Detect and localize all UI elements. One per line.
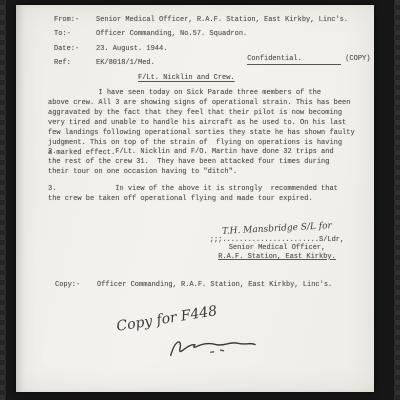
signatory-station: R.A.F. Station, East Kirkby. [202,253,352,262]
classification-text: Confidential. [247,54,341,65]
scanned-document-image: From:- Senior Medical Officer, R.A.F. St… [0,0,400,400]
copy-stamp: (COPY) [345,54,370,64]
subject-title: F/Lt. Nicklin and Crew. [138,74,235,82]
to-label: To:- [54,27,96,41]
date-label: Date:- [54,42,96,56]
date-value: 23. August. 1944. [96,42,167,56]
to-value: Officer Commanding, No.57. Squadron. [96,27,247,41]
signature-block: T.H. Mansbridge S/L for ;;;.............… [202,225,352,261]
document-page: From:- Senior Medical Officer, R.A.F. St… [16,5,374,392]
handwritten-note: Copy for F448 [115,303,218,335]
classification-stamp: Confidential.(COPY) [222,44,370,75]
copy-distribution-line: Copy:- Officer Commanding, R.A.F. Statio… [55,281,332,289]
from-label: From:- [54,13,96,27]
from-value: Senior Medical Officer, R.A.F. Station, … [96,13,348,27]
signature-dotted-line: ;;;.......................S/Ldr, [202,236,352,245]
ref-value: EK/8018/1/Med. [96,56,155,70]
signatory-role: Senior Medical Officer, [202,244,352,253]
copy-label: Copy:- [55,281,97,289]
paragraph-2: 2. F/Lt. Nicklin and F/O. Martin have do… [48,147,380,177]
ref-label: Ref: [54,56,96,70]
header-row-to: To:- Officer Commanding, No.57. Squadron… [54,27,348,41]
copy-value: Officer Commanding, R.A.F. Station, East… [97,281,332,289]
paragraph-3: 3. In view of the above it is strongly r… [48,184,380,204]
signature-scribble [165,327,259,364]
header-row-from: From:- Senior Medical Officer, R.A.F. St… [54,13,348,27]
